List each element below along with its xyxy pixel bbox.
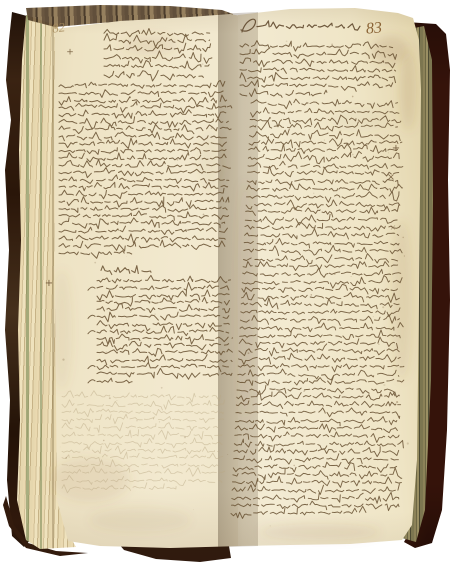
script-block-sub-heading	[101, 266, 151, 275]
handwriting-ink-layer	[0, 0, 450, 569]
foxing-speck	[94, 262, 96, 264]
folio-number-right: 83	[365, 20, 382, 37]
foxing-speck	[270, 525, 271, 526]
foxing-speck	[126, 372, 127, 373]
foxing-speck	[341, 130, 342, 131]
foxing-speck	[128, 382, 129, 383]
foxing-speck	[109, 153, 111, 155]
foxing-speck	[352, 96, 354, 98]
foxing-speck	[154, 313, 156, 315]
foxing-speck	[373, 316, 374, 317]
foxing-speck	[116, 400, 117, 401]
parchment-stain	[198, 130, 222, 190]
script-block-second-entry	[88, 275, 232, 383]
foxing-speck	[136, 420, 137, 421]
margin-cross-mark: +	[66, 49, 74, 58]
foxing-speck	[286, 40, 288, 42]
foxing-speck	[203, 214, 205, 216]
foxing-speck	[322, 128, 323, 129]
foxing-speck	[248, 352, 250, 354]
foxing-speck	[65, 457, 67, 459]
foxing-speck	[271, 250, 273, 252]
foxing-speck	[396, 401, 398, 403]
foxing-speck	[161, 387, 163, 389]
script-block-heading	[241, 19, 360, 32]
foxing-speck	[109, 397, 111, 399]
foxing-speck	[351, 276, 352, 277]
foxing-speck	[383, 384, 385, 386]
foxing-speck	[331, 43, 333, 45]
foxing-speck	[60, 447, 61, 448]
foxing-speck	[334, 273, 336, 275]
foxing-speck	[305, 234, 306, 235]
foxing-speck	[378, 344, 379, 345]
margin-x-mark: ×	[387, 173, 395, 183]
parchment-stain	[400, 50, 416, 130]
manuscript-photograph: 82 83 +++××	[0, 0, 450, 569]
foxing-speck	[184, 436, 186, 438]
foxing-speck	[202, 63, 204, 65]
foxing-speck	[262, 263, 264, 265]
foxing-speck	[153, 418, 154, 419]
parchment-stain	[372, 36, 408, 64]
foxing-speck	[382, 306, 384, 308]
folio-number-left: 82	[51, 20, 65, 34]
parchment-stain	[122, 35, 178, 55]
foxing-speck	[313, 193, 314, 194]
foxing-speck	[352, 154, 354, 156]
script-block-main-text	[231, 99, 404, 518]
foxing-speck	[402, 237, 404, 239]
foxing-speck	[240, 56, 241, 57]
foxing-speck	[388, 152, 389, 153]
foxing-speck	[159, 421, 160, 422]
foxing-speck	[407, 442, 409, 444]
foxing-speck	[106, 351, 107, 352]
foxing-speck	[328, 180, 329, 181]
parchment-stain	[52, 270, 72, 390]
margin-cross-mark: +	[392, 144, 400, 154]
foxing-speck	[310, 294, 312, 296]
foxing-speck	[303, 390, 304, 391]
foxing-speck	[193, 509, 194, 510]
margin-cross-mark: +	[45, 279, 53, 289]
parchment-stain	[260, 524, 380, 540]
foxing-speck	[103, 440, 104, 441]
foxing-speck	[62, 359, 64, 361]
foxing-speck	[293, 465, 294, 466]
margin-x-mark: ×	[390, 224, 397, 232]
parchment-stain	[90, 508, 190, 532]
foxing-speck	[211, 127, 213, 129]
foxing-speck	[227, 454, 228, 455]
foxing-speck	[177, 159, 179, 161]
foxing-speck	[404, 255, 405, 256]
foxing-speck	[126, 256, 127, 257]
foxing-speck	[258, 153, 259, 154]
foxing-speck	[223, 294, 224, 295]
foxing-speck	[188, 105, 190, 107]
foxing-speck	[324, 140, 325, 141]
